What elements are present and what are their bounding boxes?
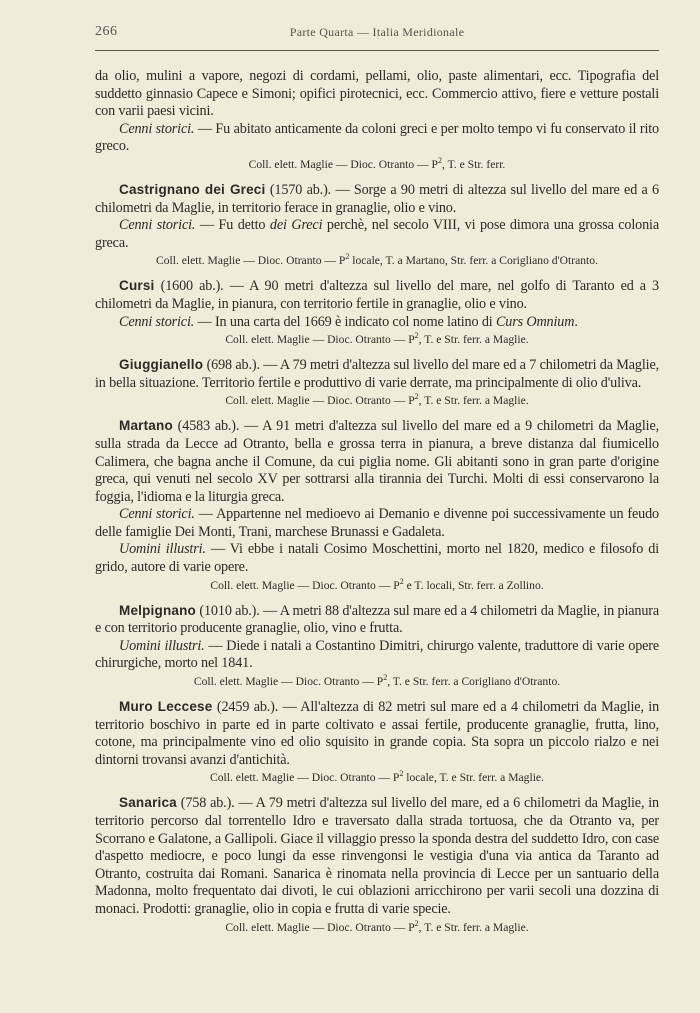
uomini-illustri-paragraph: Uomini illustri. — Vi ebbe i natali Cosi… (95, 541, 659, 576)
place-name: Sanarica (119, 795, 177, 810)
book-page: 266 Parte Quarta — Italia Meridionale da… (95, 22, 659, 936)
entry-giuggianello: Giuggianello (698 ab.). — A 79 metri d'a… (95, 356, 659, 409)
section-label: Cenni storici. (119, 314, 194, 330)
cenni-storici-paragraph: Cenni storici. — Appartenne nel medioevo… (95, 506, 659, 541)
population: (2459 ab.). (212, 699, 278, 715)
body-text: da olio, mulini a vapore, negozi di cord… (95, 68, 659, 936)
population: (4583 ab.). (173, 418, 239, 434)
population: (698 ab.). (203, 357, 260, 373)
paragraph: da olio, mulini a vapore, negozi di cord… (95, 68, 659, 121)
section-label: Uomini illustri. (119, 541, 206, 557)
entry-description: Castrignano dei Greci (1570 ab.). — Sorg… (95, 181, 659, 217)
electoral-info: Coll. elett. Maglie — Dioc. Otranto — P2… (95, 919, 659, 936)
place-name: Giuggianello (119, 357, 203, 372)
population: (758 ab.). (177, 795, 235, 811)
cenni-storici-paragraph: Cenni storici. — In una carta del 1669 è… (95, 314, 659, 332)
place-name: Martano (119, 418, 173, 433)
entry-castrignano-dei-greci: Castrignano dei Greci (1570 ab.). — Sorg… (95, 181, 659, 269)
place-name: Castrignano dei Greci (119, 182, 265, 197)
electoral-info: Coll. elett. Maglie — Dioc. Otranto — P2… (95, 392, 659, 409)
entry-continuation: da olio, mulini a vapore, negozi di cord… (95, 68, 659, 173)
electoral-info: Coll. elett. Maglie — Dioc. Otranto — P2… (95, 252, 659, 269)
section-label: Cenni storici. (119, 217, 195, 233)
place-name: Melpignano (119, 603, 196, 618)
running-header: 266 Parte Quarta — Italia Meridionale (95, 22, 659, 44)
entry-description: Cursi (1600 ab.). — A 90 metri d'altezza… (95, 277, 659, 313)
entry-description: Muro Leccese (2459 ab.). — All'altezza d… (95, 698, 659, 769)
entry-melpignano: Melpignano (1010 ab.). — A metri 88 d'al… (95, 602, 659, 690)
electoral-info: Coll. elett. Maglie — Dioc. Otranto — P2… (95, 577, 659, 594)
entry-description: Melpignano (1010 ab.). — A metri 88 d'al… (95, 602, 659, 638)
cenni-storici-paragraph: Cenni storici. — Fu abitato anticamente … (95, 121, 659, 156)
cenni-storici-paragraph: Cenni storici. — Fu detto dei Greci perc… (95, 217, 659, 252)
population: (1010 ab.). (196, 603, 260, 619)
place-name: Muro Leccese (119, 699, 212, 714)
entry-sanarica: Sanarica (758 ab.). — A 79 metri d'altez… (95, 794, 659, 935)
uomini-illustri-paragraph: Uomini illustri. — Diede i natali a Cost… (95, 638, 659, 673)
electoral-info: Coll. elett. Maglie — Dioc. Otranto — P2… (95, 156, 659, 173)
entry-description: Martano (4583 ab.). — A 91 metri d'altez… (95, 417, 659, 506)
entry-description: Giuggianello (698 ab.). — A 79 metri d'a… (95, 356, 659, 392)
population: (1570 ab.). (265, 182, 331, 198)
running-title: Parte Quarta — Italia Meridionale (95, 25, 659, 40)
entry-description: Sanarica (758 ab.). — A 79 metri d'altez… (95, 794, 659, 918)
header-rule (95, 50, 659, 51)
section-label: Uomini illustri. (119, 638, 205, 654)
entry-cursi: Cursi (1600 ab.). — A 90 metri d'altezza… (95, 277, 659, 348)
electoral-info: Coll. elett. Maglie — Dioc. Otranto — P2… (95, 331, 659, 348)
entry-martano: Martano (4583 ab.). — A 91 metri d'altez… (95, 417, 659, 593)
population: (1600 ab.). (155, 278, 224, 294)
electoral-info: Coll. elett. Maglie — Dioc. Otranto — P2… (95, 769, 659, 786)
electoral-info: Coll. elett. Maglie — Dioc. Otranto — P2… (95, 673, 659, 690)
section-label: Cenni storici. (119, 121, 194, 137)
entry-muro-leccese: Muro Leccese (2459 ab.). — All'altezza d… (95, 698, 659, 786)
place-name: Cursi (119, 278, 155, 293)
section-label: Cenni storici. (119, 506, 195, 522)
